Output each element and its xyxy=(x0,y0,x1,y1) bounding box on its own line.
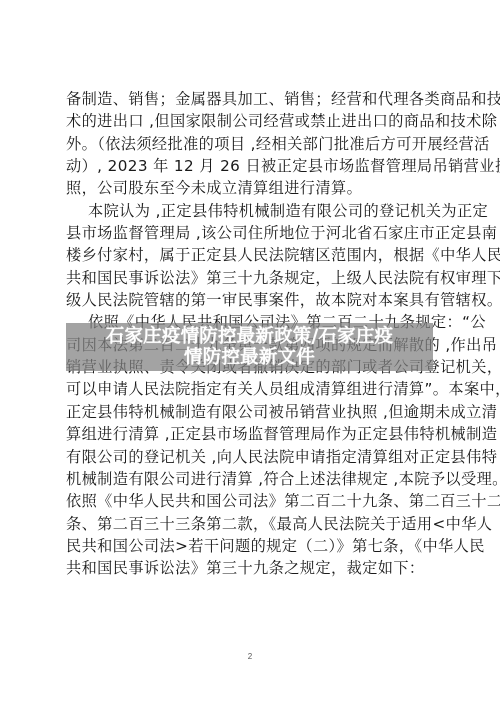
text-line: 动）, 2023 年 12 月 26 日被正定县市场监督管理局吊销营业执 xyxy=(66,155,436,177)
text-line: 县市场监督管理局 ,该公司住所地位于河北省石家庄市正定县南 xyxy=(66,222,436,244)
text-line: 算组进行清算 ,正定县市场监督管理局作为正定县伟特机械制造 xyxy=(66,423,436,445)
text-line: 正定县伟特机械制造有限公司被吊销营业执照 ,但逾期未成立清 xyxy=(66,401,436,423)
text-line: 照，公司股东至今未成立清算组进行清算。 xyxy=(66,177,436,199)
text-line: 级人民法院管辖的第一审民事案件，故本院对本案具有管辖权。 xyxy=(66,289,436,311)
text-line: 机械制造有限公司进行清算 ,符合上述法律规定 ,本院予以受理。 xyxy=(66,468,436,490)
text-line: 依照《中华人民共和国公司法》第二百二十九条、第二百三十二 xyxy=(66,490,436,512)
text-line: 共和国民事诉讼法》第三十九条规定，上级人民法院有权审理下 xyxy=(66,267,436,289)
text-line: 外。（依法须经批准的项目 ,经相关部门批准后方可开展经营活 xyxy=(66,133,436,155)
text-line: 共和国民事诉讼法》第三十九条之规定，裁定如下： xyxy=(66,557,436,579)
title-overlay-banner: 石家庄疫情防控最新政策/石家庄疫 情防控最新文件 xyxy=(66,323,433,371)
text-line: 可以申请人民法院指定有关人员组成清算组进行清算”。本案中， xyxy=(66,378,436,400)
text-line: 楼乡付家村，属于正定县人民法院辖区范围内，根据《中华人民 xyxy=(66,244,436,266)
banner-title-line-2: 情防控最新文件 xyxy=(184,347,315,368)
text-line: 有限公司的登记机关 ,向人民法院申请指定清算组对正定县伟特 xyxy=(66,446,436,468)
text-line: 备制造、销售；金属器具加工、销售；经营和代理各类商品和技 xyxy=(66,88,436,110)
text-line: 条、第二百三十三条第二款，《最高人民法院关于适用<中华人 xyxy=(66,513,436,535)
text-line: 术的进出口 ,但国家限制公司经营或禁止进出口的商品和技术除 xyxy=(66,110,436,132)
paragraph-start-line: 本院认为 ,正定县伟特机械制造有限公司的登记机关为正定 xyxy=(66,200,436,222)
page-number: 2 xyxy=(0,652,500,661)
text-line: 民共和国公司法>若干问题的规定（二）》第七条，《中华人民 xyxy=(66,535,436,557)
document-page: 备制造、销售；金属器具加工、销售；经营和代理各类商品和技 术的进出口 ,但国家限… xyxy=(0,0,500,706)
banner-title-line-1: 石家庄疫情防控最新政策/石家庄疫 xyxy=(106,326,393,347)
